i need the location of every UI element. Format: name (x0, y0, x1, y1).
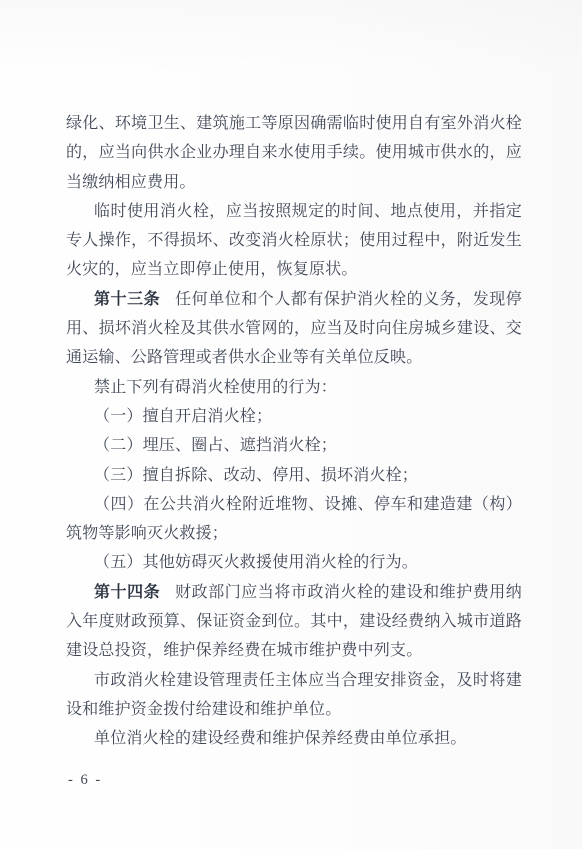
article-number: 第十四条 (94, 584, 160, 601)
paragraph-text: （四）在公共消火栓附近堆物、设摊、停车和建造建（构）筑物等影响灭火救援； (66, 496, 522, 542)
paragraph-text: （五）其他妨碍灭火救援使用消火栓的行为。 (94, 554, 418, 571)
list-item-3: （三）擅自拆除、改动、停用、损坏消火栓； (66, 461, 522, 490)
article-number: 第十三条 (94, 291, 160, 308)
paragraph-article-13: 第十三条任何单位和个人都有保护消火栓的义务，发现停用、损坏消火栓及其供水管网的，… (66, 285, 522, 373)
document-body: 绿化、环境卫生、建筑施工等原因确需临时使用自有室外消火栓的，应当向供水企业办理自… (66, 109, 522, 754)
paragraph: 临时使用消火栓，应当按照规定的时间、地点使用，并指定专人操作，不得损坏、改变消火… (66, 197, 522, 285)
paragraph-text: （二）埋压、圈占、遮挡消火栓； (94, 437, 337, 454)
list-item-5: （五）其他妨碍灭火救援使用消火栓的行为。 (66, 548, 522, 577)
paragraph-text: 临时使用消火栓，应当按照规定的时间、地点使用，并指定专人操作，不得损坏、改变消火… (66, 203, 522, 279)
paragraph-text: 绿化、环境卫生、建筑施工等原因确需临时使用自有室外消火栓的，应当向供水企业办理自… (66, 115, 522, 191)
paragraph-text: 市政消火栓建设管理责任主体应当合理安排资金，及时将建设和维护资金拨付给建设和维护… (66, 672, 522, 718)
paragraph-text: （一）擅自开启消火栓； (94, 408, 272, 425)
paragraph: 禁止下列有碍消火栓使用的行为： (66, 373, 522, 402)
paragraph: 单位消火栓的建设经费和维护保养经费由单位承担。 (66, 724, 522, 753)
scan-shade-artifact (0, 0, 582, 70)
paragraph: 绿化、环境卫生、建筑施工等原因确需临时使用自有室外消火栓的，应当向供水企业办理自… (66, 109, 522, 197)
paragraph-article-14: 第十四条财政部门应当将市政消火栓的建设和维护费用纳入年度财政预算、保证资金到位。… (66, 578, 522, 666)
list-item-2: （二）埋压、圈占、遮挡消火栓； (66, 431, 522, 460)
list-item-4: （四）在公共消火栓附近堆物、设摊、停车和建造建（构）筑物等影响灭火救援； (66, 490, 522, 549)
paragraph-text: （三）擅自拆除、改动、停用、损坏消火栓； (94, 467, 418, 484)
paragraph-text: 单位消火栓的建设经费和维护保养经费由单位承担。 (94, 730, 467, 747)
page-number: - 6 - (68, 772, 102, 789)
document-page: 绿化、环境卫生、建筑施工等原因确需临时使用自有室外消火栓的，应当向供水企业办理自… (0, 0, 582, 849)
paragraph: 市政消火栓建设管理责任主体应当合理安排资金，及时将建设和维护资金拨付给建设和维护… (66, 666, 522, 725)
paragraph-text: 禁止下列有碍消火栓使用的行为： (94, 379, 337, 396)
list-item-1: （一）擅自开启消火栓； (66, 402, 522, 431)
